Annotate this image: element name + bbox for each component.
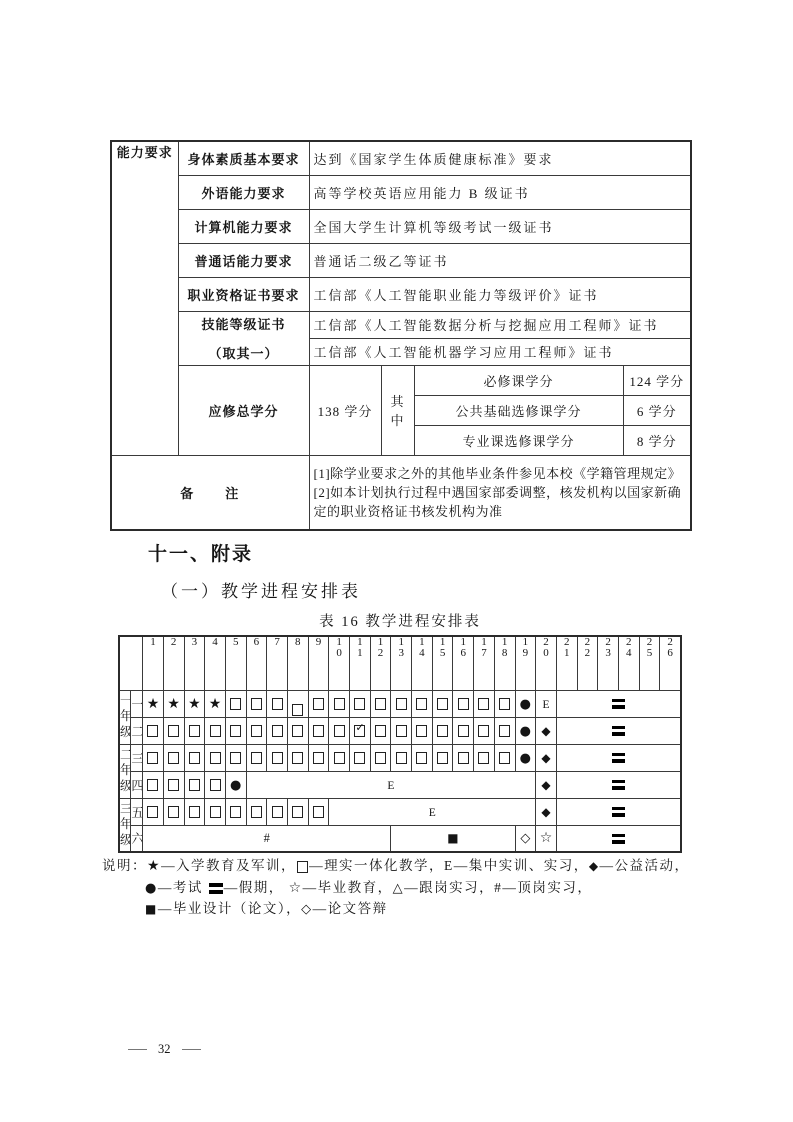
week-header: 5 [225,636,246,690]
week-header: 7 [267,636,288,690]
sub-credit-label: 公共基础选修课学分 [414,395,623,425]
row-value: 全国大学生计算机等级考试一级证书 [309,209,691,243]
empty-box-icon [437,752,448,764]
week-header: 4 [205,636,226,690]
empty-box-icon [272,752,283,764]
empty-box-icon [297,861,308,873]
remark-line-2: [2]如本计划执行过程中遇国家部委调整，核发机构以国家新确定的职业资格证书核发机… [314,483,687,521]
empty-box-icon [189,752,200,764]
legend-text: —毕业设计（论文）， [158,901,301,916]
semester-label: 二 [131,717,143,744]
week-cell [205,771,226,798]
row-value: 高等学校英语应用能力 B 级证书 [309,175,691,209]
page-number-value: 32 [158,1042,171,1057]
week-cell [494,744,515,771]
week-cell: E [246,771,536,798]
week-cell [163,717,184,744]
empty-box-icon [272,806,283,818]
week-cell: ● [225,771,246,798]
week-cell [184,771,205,798]
empty-box-icon [168,779,179,791]
empty-box-icon [292,752,303,764]
week-cell [556,771,681,798]
holiday-bar [612,699,625,703]
empty-box-icon [210,779,221,791]
week-cell [474,744,495,771]
empty-box-icon [210,752,221,764]
week-cell [329,717,350,744]
week-cell [267,717,288,744]
week-cell [370,717,391,744]
week-cell: ◆ [536,771,557,798]
week-cell [350,690,371,717]
week-cell [267,798,288,825]
week-cell [453,744,474,771]
legend-text: —假期， [224,880,289,895]
skill-cert-value2: 工信部《人工智能机器学习应用工程师》证书 [309,338,691,365]
week-cell [412,744,433,771]
sub-credit-value: 8 学分 [623,425,691,455]
week-cell [287,717,308,744]
total-credits-value: 138 学分 [309,365,381,455]
holiday-bar [612,807,625,811]
week-cell: E [329,798,536,825]
row-label: 身体素质基本要求 [178,141,309,175]
week-cell [143,771,164,798]
holiday-icon [612,831,625,847]
empty-box-icon [334,725,345,737]
week-cell: ● [515,744,536,771]
week-header: 3 [184,636,205,690]
week-cell: ✓ [350,717,371,744]
schedule-table-title: 表 16 教学进程安排表 [118,610,682,631]
empty-box-icon [396,752,407,764]
empty-box-icon [458,725,469,737]
empty-box-icon [292,806,303,818]
week-cell: ■ [391,825,515,852]
week-header: 1 5 [432,636,453,690]
week-cell [494,690,515,717]
page-number-dash [182,1049,201,1051]
empty-box-icon [458,698,469,710]
semester-label: 一 [131,690,143,717]
week-cell [391,717,412,744]
E-icon: E [387,781,394,793]
dot-icon: ● [145,882,158,895]
holiday-bar [209,890,223,894]
week-header: 1 6 [453,636,474,690]
week-cell [184,798,205,825]
week-cell [225,690,246,717]
empty-box-icon [375,698,386,710]
empty-box-icon [210,725,221,737]
empty-box-icon [272,725,283,737]
skill-cert-label: 技能等级证书 （取其一） [178,311,309,365]
holiday-bar [612,732,625,736]
week-header: 1 8 [494,636,515,690]
dot-icon: ● [520,752,531,765]
legend-text: —考试 [158,880,208,895]
week-cell [308,690,329,717]
semester-label: 四 [131,771,143,798]
week-header: 8 [287,636,308,690]
week-header: 1 7 [474,636,495,690]
week-cell: E [536,690,557,717]
row-label: 外语能力要求 [178,175,309,209]
holiday-icon [612,696,625,712]
week-cell [308,744,329,771]
week-cell [184,744,205,771]
week-cell [350,744,371,771]
week-cell [432,717,453,744]
empty-box-icon [251,725,262,737]
legend-text: —理实一体化教学，E—集中实训、实习， [309,858,589,873]
row-label: 计算机能力要求 [178,209,309,243]
empty-box-icon [375,752,386,764]
star-icon: ★ [209,697,222,711]
legend-text: —公益活动， [600,858,690,873]
empty-box-icon [499,698,510,710]
skill-cert-value1: 工信部《人工智能数据分析与挖掘应用工程师》证书 [309,311,691,338]
week-cell [184,717,205,744]
empty-box-icon [230,725,241,737]
week-header: 1 2 [370,636,391,690]
week-cell [246,744,267,771]
year-label: 三 年 级 [119,798,131,852]
empty-box-icon [313,725,324,737]
week-cell [474,690,495,717]
holiday-bar [612,705,625,709]
week-cell [556,744,681,771]
week-cell [287,744,308,771]
sub-credit-label: 专业课选修课学分 [414,425,623,455]
week-cell [267,690,288,717]
E-icon: E [543,700,550,712]
week-cell: ● [515,717,536,744]
week-cell [453,717,474,744]
diamond-icon: ◆ [589,860,600,872]
empty-box-icon [147,725,158,737]
legend-line: 说明：★—入学教育及军训，—理实一体化教学，E—集中实训、实习，◆—公益活动， [102,855,712,877]
week-cell: ☆ [536,825,557,852]
empty-box-icon [251,698,262,710]
week-cell [163,744,184,771]
star-icon: ★ [147,697,160,711]
empty-box-icon [230,698,241,710]
week-cell: ◆ [536,798,557,825]
week-header: 2 [163,636,184,690]
ostar-icon: ☆ [540,831,553,845]
holiday-icon [612,777,625,793]
square-icon: ■ [447,832,458,844]
odiamond-icon: ◇ [520,832,530,845]
week-cell [205,717,226,744]
week-header: 2 3 [598,636,619,690]
holiday-bar [612,759,625,763]
sub-credit-label: 必修课学分 [414,365,623,395]
ostar-icon: ☆ [289,881,303,895]
week-cell [556,798,681,825]
hash-icon: # [264,832,270,845]
row-value: 普通话二级乙等证书 [309,243,691,277]
week-header: 2 6 [660,636,681,690]
group-label: 能力要求 [111,141,178,455]
sub-credit-value: 124 学分 [623,365,691,395]
empty-box-icon [230,752,241,764]
holiday-icon [209,881,223,897]
holiday-bar [612,753,625,757]
empty-box-icon [313,806,324,818]
week-cell [143,798,164,825]
week-cell [267,744,288,771]
empty-box-icon [168,752,179,764]
remark-value: [1]除学业要求之外的其他毕业条件参见本校《学籍管理规定》 [2]如本计划执行过… [309,455,691,530]
holiday-icon [612,804,625,820]
week-header: 1 1 [350,636,371,690]
week-cell [556,717,681,744]
empty-box-icon [272,698,283,710]
diamond-icon: ◆ [541,806,550,818]
check-mark-icon: ✓ [355,722,364,733]
week-cell [432,690,453,717]
empty-box-icon [189,779,200,791]
week-cell [412,717,433,744]
week-cell [225,798,246,825]
empty-box-icon [147,806,158,818]
empty-box-icon [189,806,200,818]
week-header: 1 0 [329,636,350,690]
week-cell [370,690,391,717]
week-cell [163,771,184,798]
legend-line: ■—毕业设计（论文），◇—论文答辩 [102,898,712,920]
holiday-bar [209,883,223,887]
holiday-bar [612,813,625,817]
dot-icon: ● [520,725,531,738]
week-header: 1 4 [412,636,433,690]
week-cell: ◆ [536,744,557,771]
skill-cert-label-line1: 技能等级证书 [183,314,305,333]
semester-label: 六 [131,825,143,852]
week-cell [453,690,474,717]
week-cell [474,717,495,744]
diamond-icon: ◆ [541,752,550,764]
holiday-bar [612,780,625,784]
empty-box-icon [168,806,179,818]
year-label: 二 年 级 [119,744,131,798]
week-cell [246,690,267,717]
week-cell [329,690,350,717]
week-header: 1 3 [391,636,412,690]
remark-line-1: [1]除学业要求之外的其他毕业条件参见本校《学籍管理规定》 [314,464,687,483]
week-cell [391,690,412,717]
week-cell: ★ [184,690,205,717]
row-label: 职业资格证书要求 [178,277,309,311]
page-number: 32 [117,1042,212,1057]
week-header: 2 2 [577,636,598,690]
empty-box-icon [147,752,158,764]
dot-icon: ● [230,779,241,792]
week-cell [287,690,308,717]
empty-box-icon [251,752,262,764]
empty-box-icon [210,806,221,818]
empty-box-icon [189,725,200,737]
triangle-icon: △ [393,882,405,895]
remark-label: 备 注 [111,455,309,530]
star-icon: ★ [188,697,201,711]
diamond-icon: ◆ [541,779,550,791]
legend-text: —跟岗实习，#—顶岗实习， [404,880,592,895]
week-cell [205,744,226,771]
empty-box-icon [499,752,510,764]
semester-label: 三 [131,744,143,771]
empty-box-icon [354,752,365,764]
week-cell [432,744,453,771]
empty-box-icon [292,725,303,737]
week-cell: ◆ [536,717,557,744]
holiday-bar [612,840,625,844]
E-icon: E [429,808,436,820]
week-header: 2 5 [639,636,660,690]
week-cell [308,717,329,744]
empty-box-icon [437,725,448,737]
week-cell [246,798,267,825]
empty-box-icon [230,806,241,818]
section-heading: 十一、附录 [148,539,253,566]
week-cell [370,744,391,771]
holiday-bar [612,726,625,730]
year-label: 一 年 级 [119,690,131,744]
row-label: 普通话能力要求 [178,243,309,277]
sub-credit-value: 6 学分 [623,395,691,425]
week-cell [143,744,164,771]
holiday-bar [612,834,625,838]
legend-text: —论文答辩 [313,901,388,916]
week-cell [225,744,246,771]
week-cell [287,798,308,825]
dot-icon: ● [520,698,531,711]
empty-box-icon [396,725,407,737]
document-page: 能力要求 身体素质基本要求 达到《国家学生体质健康标准》要求 外语能力要求 高等… [0,0,793,1122]
empty-box-icon [147,779,158,791]
week-header: 1 9 [515,636,536,690]
empty-box-icon [168,725,179,737]
legend: 说明：★—入学教育及军训，—理实一体化教学，E—集中实训、实习，◆—公益活动，●… [102,855,712,920]
diamond-icon: ◆ [541,725,550,737]
empty-box-icon [334,698,345,710]
week-cell [391,744,412,771]
week-cell [246,717,267,744]
legend-text: —毕业教育， [303,880,393,895]
subsection-heading: （一）教学进程安排表 [161,577,361,602]
row-value: 工信部《人工智能职业能力等级评价》证书 [309,277,691,311]
square-icon: ■ [145,903,158,915]
legend-text: —入学教育及军训， [161,858,296,873]
checked-box-icon: ✓ [354,725,365,737]
week-cell [205,798,226,825]
week-cell [329,744,350,771]
capability-table: 能力要求 身体素质基本要求 达到《国家学生体质健康标准》要求 外语能力要求 高等… [110,140,692,531]
holiday-bar [612,786,625,790]
week-cell [556,825,681,852]
week-cell: ● [515,690,536,717]
week-header: 2 1 [556,636,577,690]
week-cell [308,798,329,825]
empty-box-icon [292,704,303,716]
week-cell [225,717,246,744]
week-header: 2 4 [618,636,639,690]
week-cell [163,798,184,825]
week-cell [143,717,164,744]
legend-text: 说明： [102,858,147,873]
skill-cert-label-line2: （取其一） [183,343,305,362]
page-number-dash [128,1049,147,1051]
legend-line: ●—考试 —假期， ☆—毕业教育，△—跟岗实习，#—顶岗实习， [102,877,712,899]
among-label: 其中 [381,365,414,455]
holiday-icon [612,750,625,766]
empty-box-icon [416,725,427,737]
empty-box-icon [478,752,489,764]
week-cell [556,690,681,717]
schedule-table: 1234567891 01 11 21 31 41 51 61 71 81 92… [118,635,682,853]
star-icon: ★ [147,859,161,873]
schedule-corner-cell [119,636,143,690]
week-header: 1 [143,636,164,690]
row-value: 达到《国家学生体质健康标准》要求 [309,141,691,175]
week-cell: ◇ [515,825,536,852]
odiamond-icon: ◇ [301,903,313,916]
empty-box-icon [313,698,324,710]
empty-box-icon [437,698,448,710]
week-cell: ★ [205,690,226,717]
empty-box-icon [478,725,489,737]
week-cell: ★ [163,690,184,717]
total-credits-label: 应修总学分 [178,365,309,455]
week-cell: ★ [143,690,164,717]
empty-box-icon [396,698,407,710]
week-header: 2 0 [536,636,557,690]
empty-box-icon [251,806,262,818]
empty-box-icon [478,698,489,710]
week-header: 9 [308,636,329,690]
empty-box-icon [375,725,386,737]
star-icon: ★ [167,697,180,711]
empty-box-icon [416,698,427,710]
empty-box-icon [313,752,324,764]
week-cell [494,717,515,744]
semester-label: 五 [131,798,143,825]
empty-box-icon [354,698,365,710]
week-header: 6 [246,636,267,690]
empty-box-icon [499,725,510,737]
empty-box-icon [334,752,345,764]
empty-box-icon [416,752,427,764]
empty-box-icon [458,752,469,764]
holiday-icon [612,723,625,739]
week-cell [412,690,433,717]
week-cell: # [143,825,391,852]
